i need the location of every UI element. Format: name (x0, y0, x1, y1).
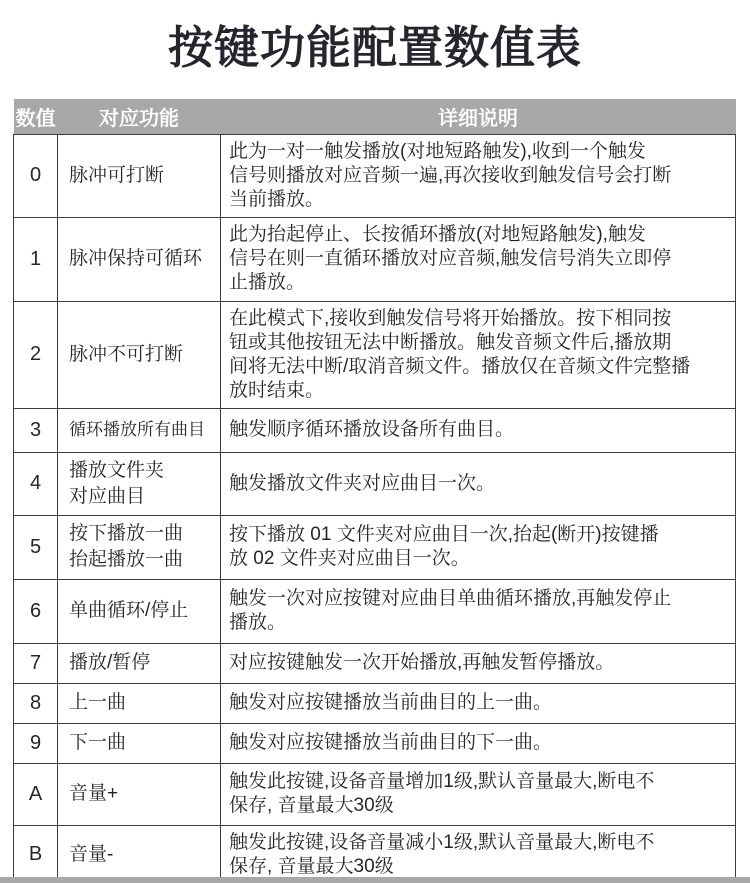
description-cell: 此为抬起停止、长按循环播放(对地短路触发),触发 信号在则一直循环播放对应音频,… (221, 217, 736, 301)
function-cell: 上一曲 (58, 683, 221, 723)
description-cell: 触发一次对应按键对应曲目单曲循环播放,再触发停止 播放。 (221, 579, 736, 643)
value-cell: 3 (14, 408, 58, 452)
value-cell: 6 (14, 579, 58, 643)
value-cell: 4 (14, 452, 58, 515)
value-cell: 1 (14, 217, 58, 301)
function-cell: 播放文件夹 对应曲目 (58, 452, 221, 515)
table-body: 0 脉冲可打断 此为一对一触发播放(对地短路触发),收到一个触发 信号则播放对应… (14, 134, 736, 883)
table-row: 8 上一曲 触发对应按键播放当前曲目的上一曲。 (14, 683, 736, 723)
description-cell: 触发对应按键播放当前曲目的下一曲。 (221, 723, 736, 763)
footer-divider-bar (0, 877, 750, 883)
function-cell: 单曲循环/停止 (58, 579, 221, 643)
table-row: 6 单曲循环/停止 触发一次对应按键对应曲目单曲循环播放,再触发停止 播放。 (14, 579, 736, 643)
table-row: 5 按下播放一曲 抬起播放一曲 按下播放 01 文件夹对应曲目一次,抬起(断开)… (14, 515, 736, 579)
function-cell: 按下播放一曲 抬起播放一曲 (58, 515, 221, 579)
table-header: 数值 对应功能 详细说明 (14, 99, 736, 134)
description-cell: 在此模式下,接收到触发信号将开始播放。按下相同按 钮或其他按钮无法中断播放。触发… (221, 301, 736, 408)
header-description: 详细说明 (221, 99, 736, 134)
function-cell: 播放/暂停 (58, 643, 221, 683)
table-row: 0 脉冲可打断 此为一对一触发播放(对地短路触发),收到一个触发 信号则播放对应… (14, 134, 736, 217)
function-cell: 脉冲可打断 (58, 134, 221, 217)
header-function: 对应功能 (58, 99, 221, 134)
table-row: 1 脉冲保持可循环 此为抬起停止、长按循环播放(对地短路触发),触发 信号在则一… (14, 217, 736, 301)
description-cell: 触发此按键,设备音量增加1级,默认音量最大,断电不 保存, 音量最大30级 (221, 763, 736, 825)
table-row: 7 播放/暂停 对应按键触发一次开始播放,再触发暂停播放。 (14, 643, 736, 683)
key-function-table: 数值 对应功能 详细说明 0 脉冲可打断 此为一对一触发播放(对地短路触发),收… (13, 99, 736, 883)
value-cell: 8 (14, 683, 58, 723)
description-cell: 触发对应按键播放当前曲目的上一曲。 (221, 683, 736, 723)
table-row: 9 下一曲 触发对应按键播放当前曲目的下一曲。 (14, 723, 736, 763)
value-cell: 9 (14, 723, 58, 763)
page: 按键功能配置数值表 数值 对应功能 详细说明 0 脉冲可打断 此为一对一触发播放… (0, 0, 750, 883)
value-cell: 5 (14, 515, 58, 579)
function-cell: 脉冲不可打断 (58, 301, 221, 408)
function-cell: 脉冲保持可循环 (58, 217, 221, 301)
value-cell: A (14, 763, 58, 825)
description-cell: 触发此按键,设备音量减小1级,默认音量最大,断电不 保存, 音量最大30级 (221, 825, 736, 883)
function-cell: 循环播放所有曲目 (58, 408, 221, 452)
description-cell: 按下播放 01 文件夹对应曲目一次,抬起(断开)按键播 放 02 文件夹对应曲目… (221, 515, 736, 579)
header-value: 数值 (14, 99, 58, 134)
function-cell: 音量+ (58, 763, 221, 825)
value-cell: B (14, 825, 58, 883)
description-cell: 对应按键触发一次开始播放,再触发暂停播放。 (221, 643, 736, 683)
description-cell: 触发顺序循环播放设备所有曲目。 (221, 408, 736, 452)
value-cell: 2 (14, 301, 58, 408)
table-row: B 音量- 触发此按键,设备音量减小1级,默认音量最大,断电不 保存, 音量最大… (14, 825, 736, 883)
page-title: 按键功能配置数值表 (0, 0, 750, 75)
value-cell: 7 (14, 643, 58, 683)
table-row: 2 脉冲不可打断 在此模式下,接收到触发信号将开始播放。按下相同按 钮或其他按钮… (14, 301, 736, 408)
description-cell: 触发播放文件夹对应曲目一次。 (221, 452, 736, 515)
function-cell: 音量- (58, 825, 221, 883)
table-header-row: 数值 对应功能 详细说明 (14, 99, 736, 134)
table-row: 3 循环播放所有曲目 触发顺序循环播放设备所有曲目。 (14, 408, 736, 452)
table-row: 4 播放文件夹 对应曲目 触发播放文件夹对应曲目一次。 (14, 452, 736, 515)
function-cell: 下一曲 (58, 723, 221, 763)
description-cell: 此为一对一触发播放(对地短路触发),收到一个触发 信号则播放对应音频一遍,再次接… (221, 134, 736, 217)
value-cell: 0 (14, 134, 58, 217)
table-row: A 音量+ 触发此按键,设备音量增加1级,默认音量最大,断电不 保存, 音量最大… (14, 763, 736, 825)
